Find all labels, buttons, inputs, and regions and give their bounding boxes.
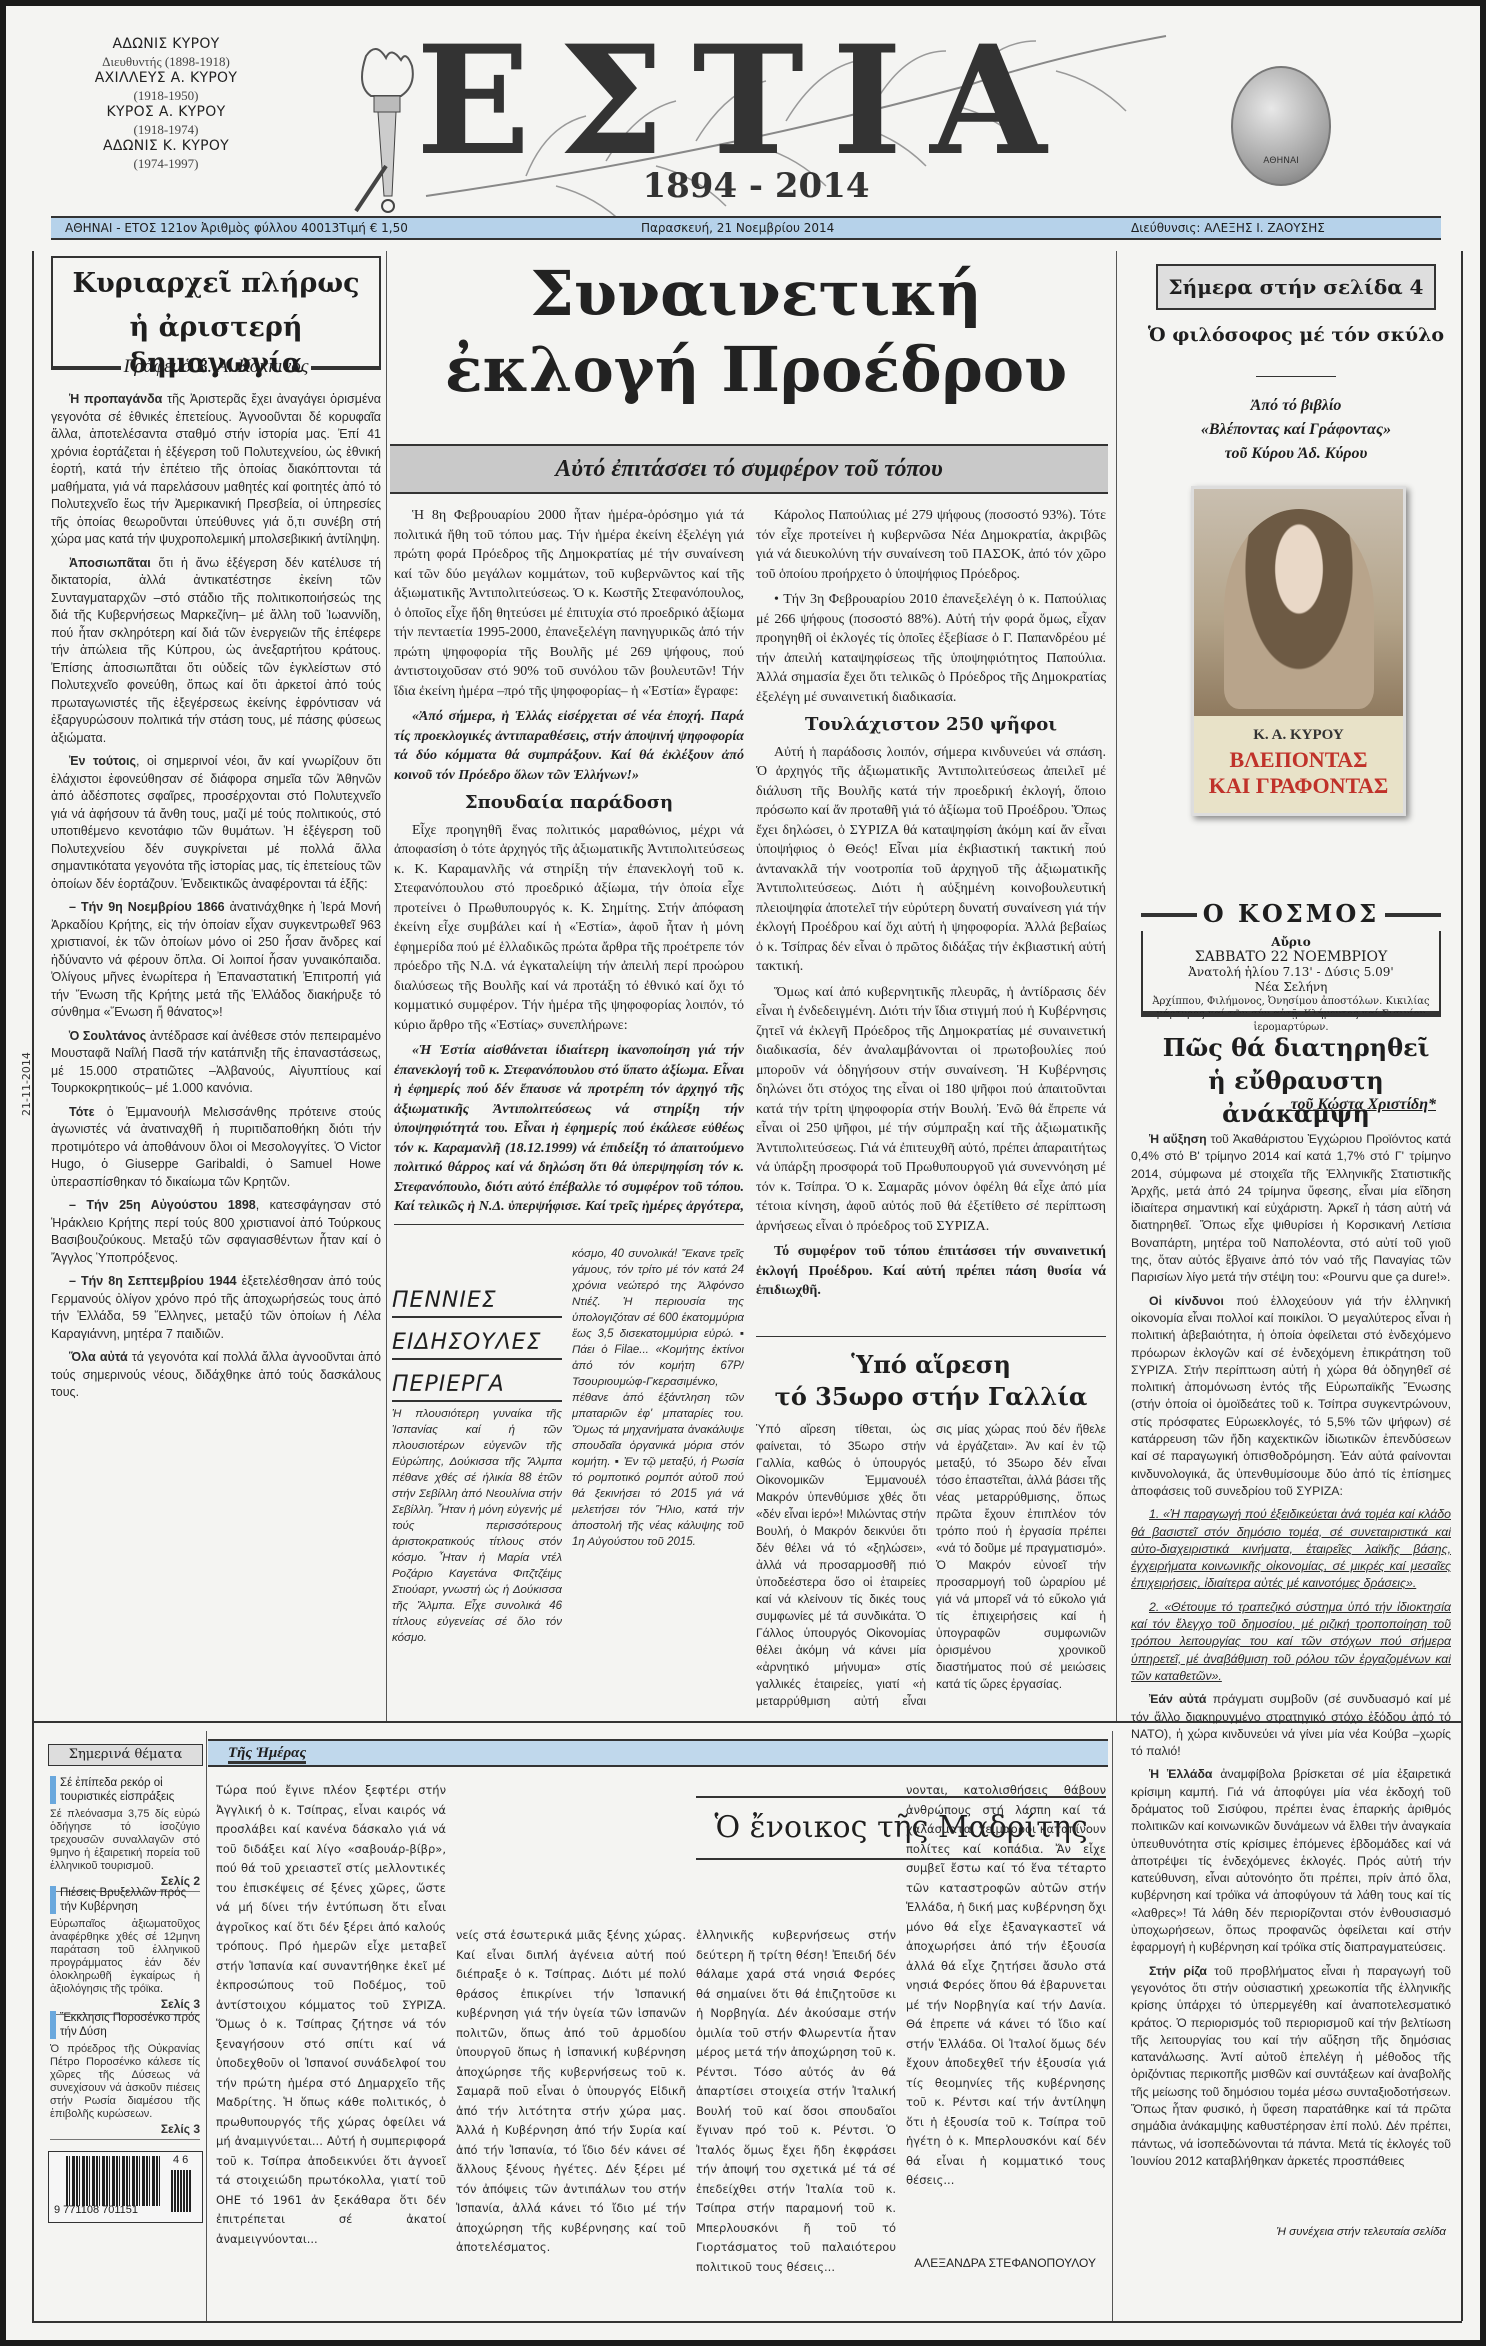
paragraph-text: ὁ Ἐμμανουήλ Μελισσάνθης πρότεινε στούς ἀ…: [51, 1105, 381, 1189]
topic-title[interactable]: Σέ ἐπίπεδα ρεκόρ οἱ τουριστικές εἰσπράξε…: [50, 1776, 200, 1804]
founder-years: (1974-1997): [66, 155, 266, 172]
today-page-box: Σήμερα στήν σελίδα 4: [1156, 264, 1436, 310]
quote: «Ἀπό σήμερα, ἡ Ἑλλάς εἰσέρχεται σέ νέα ἐ…: [394, 707, 744, 785]
party-decision-quote: 2. «Θέτουμε τό τραπεζικό σύστημα ὑπό τήν…: [1131, 1599, 1451, 1685]
topic-item[interactable]: Ἔκκλησις Ποροσένκο πρός τήν Δύση Ὁ πρόεδ…: [50, 2011, 200, 2140]
founder-years: (1918-1950): [66, 87, 266, 104]
paragraph-text: τοῦ προβλήματος εἶναι ἡ παραγωγή τοῦ γεγ…: [1131, 1964, 1451, 2168]
opinion-headline-line1: Πῶς θά διατηρηθεῖ: [1136, 1031, 1456, 1064]
opinion-body: Ἡ αὔξηση τοῦ Ἀκαθάριστου Ἐγχώριου Προϊόν…: [1131, 1131, 1451, 2216]
column-divider: [1112, 1731, 1113, 2321]
founder-name: ΑΔΩΝΙΣ ΚΥΡΟΥ: [66, 36, 266, 53]
divider: [756, 1336, 1106, 1337]
left-article-title-line1: Κυριαρχεῖ πλήρως: [53, 258, 379, 302]
portrait-painting: [1224, 509, 1374, 709]
france-headline-line2: τό 35ωρο στήν Γαλλία: [756, 1381, 1106, 1413]
kosmos-title: Ο ΚΟΣΜΟΣ: [1197, 899, 1385, 928]
paragraph-text: ἀνατινάχθηκε ἡ Ἱερά Μονή Ἀρκαδίου Κρήτης…: [51, 900, 381, 1019]
paragraph: Εἶχε προηγηθῆ ἕνας πολιτικός μαραθώνιος,…: [394, 821, 744, 1036]
founder-name: ΑΧΙΛΛΕΥΣ Α. ΚΥΡΟΥ: [66, 70, 266, 87]
daily-column-label: Τῆς Ἡμέρας: [228, 1745, 306, 1764]
editor-info: Διεύθυνσις: ΑΛΕΞΗΣ Ι. ΖΑΟΥΣΗΣ: [1131, 218, 1325, 238]
coin-label: ΑΘΗΝΑΙ: [1233, 156, 1329, 166]
barcode-number: 9 771108 701151: [54, 2204, 138, 2216]
ancient-coin-emblem: ΑΘΗΝΑΙ: [1231, 66, 1331, 186]
page-bottom-border: [32, 2321, 1462, 2323]
kosmos-sun-times: Ἀνατολή ἡλίου 7.13' - Δύσις 5.09': [1143, 965, 1439, 980]
feature-title: Ὁ φιλόσοφος μέ τόν σκύλο: [1136, 324, 1456, 346]
barcode-bars: [66, 2156, 161, 2206]
newspaper-front-page: ΑΔΩΝΙΣ ΚΥΡΟΥ Διευθυντής (1898-1918) ΑΧΙΛ…: [6, 6, 1480, 2340]
paragraph-conclusion: Τό συμφέρον τοῦ τόπου ἐπιτάσσει τήν συνα…: [756, 1242, 1106, 1301]
section-heading: Τουλάχιστον 250 ψῆφοι: [756, 715, 1106, 735]
daily-column-label-bar: Τῆς Ἡμέρας: [208, 1739, 1108, 1767]
topic-title[interactable]: Πιέσεις Βρυξελλῶν πρός τήν Κυβέρνηση: [50, 1886, 200, 1914]
page-border: [1461, 251, 1463, 2321]
quote: «Ἡ Ἑστία αἰσθάνεται ἰδιαίτερη ἱκανοποίησ…: [394, 1041, 744, 1216]
pennies-label: ΕΙΔΗΣΟΥΛΕΣ: [392, 1328, 562, 1360]
paragraph-text: τοῦ Ἀκαθάριστου Ἐγχώριου Προϊόντος κατά …: [1131, 1132, 1451, 1284]
topic-title[interactable]: Ἔκκλησις Ποροσένκο πρός τήν Δύση: [50, 2011, 200, 2039]
column-divider: [206, 1731, 207, 2321]
main-headline-line1: Συναινετική: [406, 256, 1106, 332]
paragraph-lead: Τότε: [69, 1105, 95, 1119]
topic-item[interactable]: Σέ ἐπίπεδα ρεκόρ οἱ τουριστικές εἰσπράξε…: [50, 1776, 200, 1892]
topic-summary: Εὐρωπαῖος ἀξιωματοῦχος ἀναφέρθηκε χθές σ…: [50, 1918, 200, 1996]
founder-years: Διευθυντής (1898-1918): [66, 53, 266, 70]
paragraph-lead: – Τήν 25η Αὐγούστου 1898: [69, 1198, 256, 1212]
opinion-headline: Πῶς θά διατηρηθεῖ ἡ εὔθραυστη ἀνάκαμψη: [1136, 1031, 1456, 1130]
issue-info: ΑΘΗΝΑΙ - ΕΤΟΣ 121ον Ἀριθμὸς φύλλου 40013…: [65, 218, 408, 238]
pennies-label: ΠΕΡΙΕΡΓΑ: [392, 1370, 562, 1402]
party-decision-quote: 1. «Ἡ παραγωγή πού ἐξειδικεύεται ἀνά τομ…: [1131, 1506, 1451, 1592]
main-headline-line2: ἐκλογή Προέδρου: [406, 332, 1106, 408]
daily-column-col3: ἑλληνικῆς κυβερνήσεως στήν δεύτερη ἤ τρί…: [696, 1926, 896, 2306]
paragraph: Ὅμως καί ἀπό κυβερνητικῆς πλευρᾶς, ἡ ἀντ…: [756, 983, 1106, 1237]
daily-column-col2: νείς στά ἐσωτερικά μιᾶς ξένης χώρας. Καί…: [456, 1926, 686, 2316]
paragraph-lead: Ἐν τούτοις: [69, 754, 136, 768]
info-bar: ΑΘΗΝΑΙ - ΕΤΟΣ 121ον Ἀριθμὸς φύλλου 40013…: [51, 216, 1441, 240]
anniversary-years: 1894 - 2014: [626, 166, 886, 206]
topic-item[interactable]: Πιέσεις Βρυξελλῶν πρός τήν Κυβέρνηση Εὐρ…: [50, 1886, 200, 2015]
france-headline-line1: Ὑπό αἵρεση: [756, 1349, 1106, 1381]
topic-page-ref[interactable]: Σελίς 3: [50, 2123, 200, 2140]
side-date: 21-11-2014: [20, 1006, 38, 1116]
paragraph: Αὐτή ἡ παράδοσις λοιπόν, σήμερα κινδυνεύ…: [756, 743, 1106, 977]
paragraph-lead: Ἡ αὔξηση: [1149, 1132, 1207, 1146]
paragraph-text: ὅτι ἡ ἄνω ἐξέγερση δέν κατέλυσε τή δικτα…: [51, 556, 381, 745]
france-col2: σις μίας χώρας πού δέν ἤθελε νά ἐργάζετα…: [936, 1421, 1106, 1711]
left-article-byline: Γράφει ὁ Β. Α. Κόκκινος: [51, 356, 381, 378]
todays-topics-heading: Σημερινά θέματα: [48, 1744, 203, 1766]
france-headline: Ὑπό αἵρεση τό 35ωρο στήν Γαλλία: [756, 1349, 1106, 1413]
topic-summary: Ὁ πρόεδρος τῆς Οὐκρανίας Πέτρο Ποροσένκο…: [50, 2043, 200, 2121]
left-article-headline-box: Κυριαρχεῖ πλήρως ἡ ἀριστερή δημαγωγία: [51, 256, 381, 366]
main-article-col1: Ἡ 8η Φεβρουαρίου 2000 ἦταν ἡμέρα-ὁρόσημο…: [394, 506, 744, 1216]
book-author: Κ. Α. ΚΥΡΟΥ: [1194, 727, 1403, 744]
daily-column-signature: ΑΛΕΞΑΝΔΡΑ ΣΤΕΦΑΝΟΠΟΥΛΟΥ: [856, 2256, 1096, 2270]
france-col1: Ὑπό αἵρεση τίθεται, ὡς φαίνεται, τό 35ωρ…: [756, 1421, 926, 1711]
newspaper-title: ΕΣΤΙΑ: [416, 36, 976, 166]
pennies-label-block: ΠΕΝΝΙΕΣ ΕΙΔΗΣΟΥΛΕΣ ΠΕΡΙΕΡΓΑ: [392, 1286, 562, 1412]
paragraph-lead: Ἡ προπαγάνδα: [69, 392, 162, 406]
daily-column-col4: νονται, κατολισθήσεις θάβουν ἀνθρώπους σ…: [906, 1781, 1106, 2246]
pennies-label: ΠΕΝΝΙΕΣ: [392, 1286, 562, 1318]
pennies-col2: κόσμο, 40 συνολικά! Ἔκανε τρεῖς γάμους, …: [572, 1246, 744, 1711]
book-title: ΒΛΕΠΟΝΤΑΣ ΚΑΙ ΓΡΑΦΟΝΤΑΣ: [1194, 747, 1403, 799]
divider: [1256, 376, 1336, 377]
feature-subtitle: Ἀπό τό βιβλίο «Βλέποντας καί Γράφοντας» …: [1136, 394, 1456, 466]
topic-summary: Σέ πλεόνασμα 3,75 δίς εὐρώ ὁδήγησε τό ἰσ…: [50, 1808, 200, 1873]
main-subheadline: Αὐτό ἐπιτάσσει τό συμφέρον τοῦ τόπου: [390, 444, 1108, 494]
paragraph-text: πού ἐλλοχεύουν γιά τήν ἑλληνική οἰκονομί…: [1131, 1294, 1451, 1498]
book-title-line: ΒΛΕΠΟΝΤΑΣ: [1194, 747, 1403, 773]
main-article-col2: Κάρολος Παπούλιας μέ 279 ψήφους (ποσοστό…: [756, 506, 1106, 1306]
opinion-byline: τοῦ Κώστα Χριστίδη*: [1136, 1096, 1436, 1114]
kosmos-date: ΣΑΒΒΑΤΟ 22 ΝΟΕΜΒΡΙΟΥ: [1143, 950, 1439, 965]
paragraph-lead: Ὁ Σουλτάνος: [69, 1029, 146, 1043]
founder-name: ΚΥΡΟΣ Α. ΚΥΡΟΥ: [66, 104, 266, 121]
paragraph-text: ἀναμφίβολα βρίσκεται σέ μία ἐξαιρετικά κ…: [1131, 1767, 1451, 1954]
divider: [394, 1224, 744, 1225]
feature-subtitle-line: τοῦ Κύρου Ἀδ. Κύρου: [1136, 442, 1456, 466]
kosmos-heading: Ο ΚΟΣΜΟΣ: [1141, 899, 1441, 928]
founders-list: ΑΔΩΝΙΣ ΚΥΡΟΥ Διευθυντής (1898-1918) ΑΧΙΛ…: [66, 36, 266, 172]
main-headline: Συναινετική ἐκλογή Προέδρου: [406, 256, 1106, 408]
paragraph-lead: Ἀποσιωπᾶται: [69, 556, 151, 570]
book-cover-image: Κ. Α. ΚΥΡΟΥ ΒΛΕΠΟΝΤΑΣ ΚΑΙ ΓΡΑΦΟΝΤΑΣ: [1191, 486, 1406, 816]
paragraph-lead: – Τήν 8η Σεπτεμβρίου 1944: [69, 1274, 237, 1288]
barcode-addon: 4 6: [173, 2154, 188, 2166]
kosmos-moon-phase: Νέα Σελήνη: [1143, 980, 1439, 995]
paragraph: • Τήν 3η Φεβρουαρίου 2010 ἐπανεξελέγη ὁ …: [756, 590, 1106, 707]
paragraph-text: τῆς Ἀριστερᾶς ἔχει ἀναγάγει ὁρισμένα γεγ…: [51, 392, 381, 546]
feature-subtitle-line: «Βλέποντας καί Γράφοντας»: [1136, 418, 1456, 442]
paragraph: Ἡ 8η Φεβρουαρίου 2000 ἦταν ἡμέρα-ὁρόσημο…: [394, 506, 744, 701]
founder-name: ΑΔΩΝΙΣ Κ. ΚΥΡΟΥ: [66, 138, 266, 155]
left-article-body: Ἡ προπαγάνδα τῆς Ἀριστερᾶς ἔχει ἀναγάγει…: [51, 391, 381, 1711]
paragraph-text: , οἱ σημερινοί νέοι, ἄν καί γνωρίζουν ὅτ…: [51, 754, 381, 891]
paragraph-lead: Ἐάν αὐτά: [1149, 1692, 1207, 1706]
paragraph-lead: Οἱ κίνδυνοι: [1149, 1294, 1224, 1308]
kosmos-bottom-rule: [1141, 1013, 1441, 1017]
feature-subtitle-line: Ἀπό τό βιβλίο: [1136, 394, 1456, 418]
kosmos-box: Αὔριο ΣΑΒΒΑΤΟ 22 ΝΟΕΜΒΡΙΟΥ Ἀνατολή ἡλίου…: [1141, 931, 1441, 1013]
barcode-addon-bars: [171, 2170, 191, 2212]
founder-years: (1918-1974): [66, 121, 266, 138]
column-divider: [386, 251, 387, 1721]
paragraph-lead: Ἡ Ἑλλάδα: [1149, 1767, 1212, 1781]
page-border: [32, 251, 34, 2321]
paragraph-lead: Ὅλα αὐτά: [69, 1350, 128, 1364]
continuation-note: Ἡ συνέχεια στήν τελευταία σελίδα: [1146, 2226, 1446, 2238]
paragraph-lead: Στήν ρίζα: [1149, 1964, 1207, 1978]
daily-column-col1: Τώρα πού ἔγινε πλέον ξεφτέρι στήν Ἀγγλικ…: [216, 1781, 446, 2316]
paragraph: Κάρολος Παπούλιας μέ 279 ψήφους (ποσοστό…: [756, 506, 1106, 584]
section-heading: Σπουδαία παράδοση: [394, 793, 744, 813]
barcode: 9 771108 701151 4 6: [48, 2151, 203, 2223]
paragraph-lead: – Τήν 9η Νοεμβρίου 1866: [69, 900, 225, 914]
kosmos-label: Αὔριο: [1143, 935, 1439, 950]
issue-date: Παρασκευή, 21 Νοεμβρίου 2014: [641, 218, 834, 238]
pennies-col1: Ἡ πλουσιότερη γυναίκα τῆς Ἱσπανίας καί ἡ…: [392, 1406, 562, 1711]
column-divider: [1116, 251, 1117, 1721]
book-title-line: ΚΑΙ ΓΡΑΦΟΝΤΑΣ: [1194, 773, 1403, 799]
